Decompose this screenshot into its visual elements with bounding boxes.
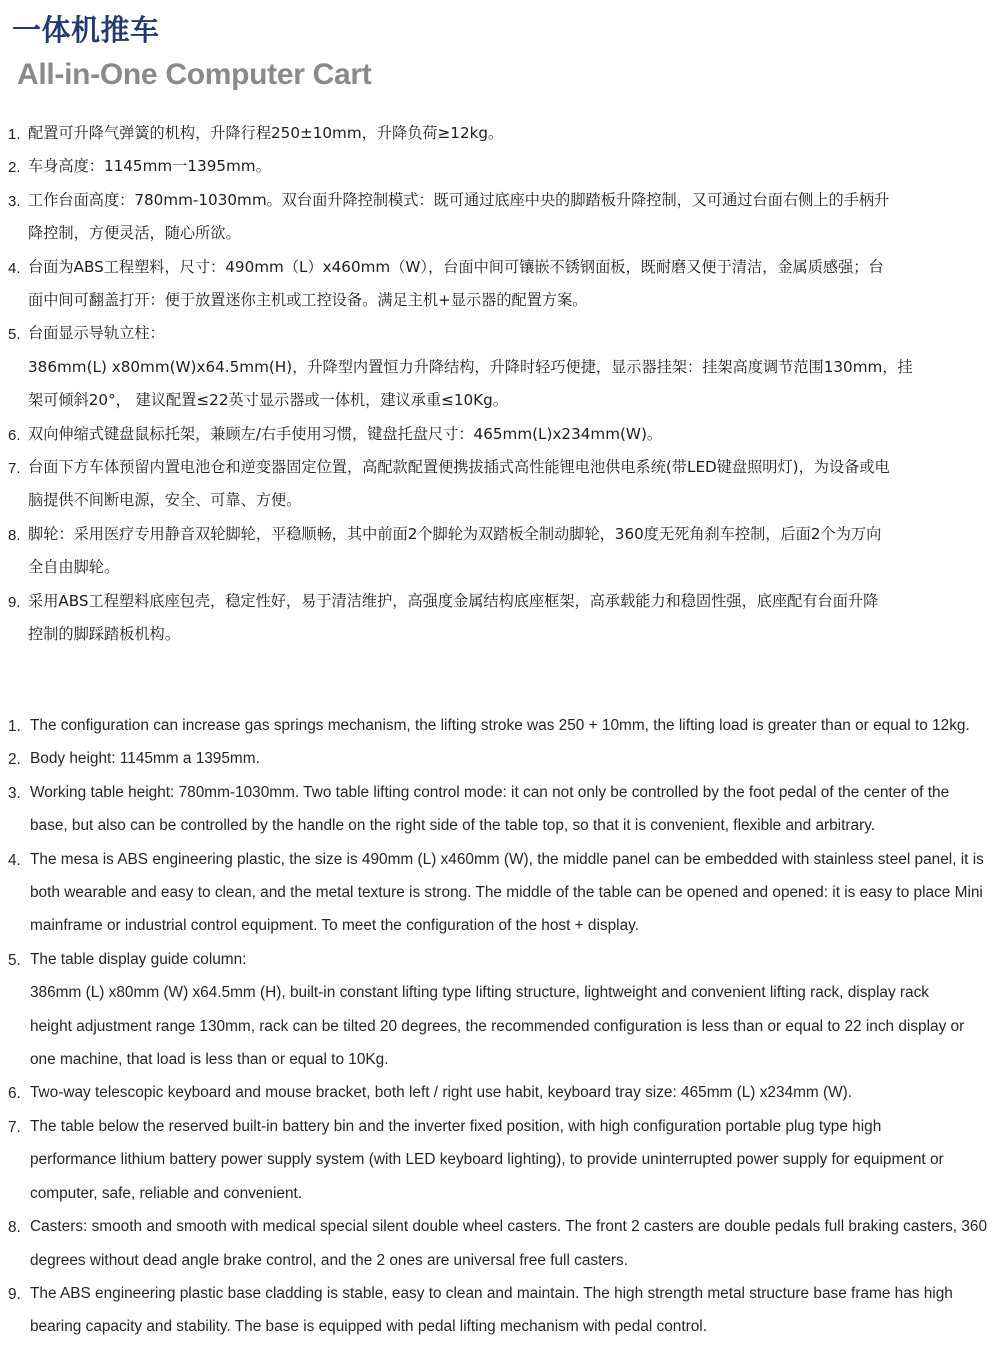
- feature-item-en-6: 6. Two-way telescopic keyboard and mouse…: [0, 1076, 992, 1109]
- item-number: 8.: [8, 519, 21, 552]
- feature-item-en-7: 7. The table below the reserved built-in…: [0, 1110, 992, 1210]
- item-number: 4.: [8, 844, 21, 877]
- page-title: 一体机推车: [12, 12, 160, 48]
- item-text: 台面下方车体预留内置电池仓和逆变器固定位置，高配款配置便携拔插式高性能锂电池供电…: [28, 451, 985, 484]
- item-text: The ABS engineering plastic base claddin…: [30, 1277, 992, 1310]
- feature-item-en-5: 5. The table display guide column: 386mm…: [0, 943, 992, 1077]
- item-number: 7.: [8, 452, 21, 485]
- item-text: Casters: smooth and smooth with medical …: [30, 1210, 992, 1243]
- feature-item-zh-4: 4. 台面为ABS工程塑料，尺寸：490mm（L）x460mm（W），台面中间可…: [0, 251, 985, 318]
- item-text: 台面为ABS工程塑料，尺寸：490mm（L）x460mm（W），台面中间可镶嵌不…: [28, 251, 985, 284]
- item-text: 采用ABS工程塑料底座包壳，稳定性好，易于清洁维护，高强度金属结构底座框架，高承…: [28, 585, 985, 618]
- item-text: Body height: 1145mm a 1395mm.: [30, 742, 992, 775]
- item-number: 8.: [8, 1211, 21, 1244]
- item-number: 6.: [8, 1077, 21, 1110]
- feature-item-en-8: 8. Casters: smooth and smooth with medic…: [0, 1210, 992, 1277]
- item-text: 架可倾斜20°， 建议配置≤22英寸显示器或一体机，建议承重≤10Kg。: [28, 384, 985, 417]
- item-text: Working table height: 780mm-1030mm. Two …: [30, 776, 992, 809]
- item-text: 工作台面高度：780mm-1030mm。双台面升降控制模式：既可通过底座中央的脚…: [28, 184, 985, 217]
- item-text: base, but also can be controlled by the …: [30, 809, 992, 842]
- item-text: 车身高度：1145mm一1395mm。: [28, 150, 985, 183]
- feature-item-en-9: 9. The ABS engineering plastic base clad…: [0, 1277, 992, 1344]
- feature-item-zh-9: 9. 采用ABS工程塑料底座包壳，稳定性好，易于清洁维护，高强度金属结构底座框架…: [0, 585, 985, 652]
- item-text: 双向伸缩式键盘鼠标托架，兼顾左/右手使用习惯，键盘托盘尺寸：465mm(L)x2…: [28, 418, 985, 451]
- feature-item-zh-8: 8. 脚轮：采用医疗专用静音双轮脚轮，平稳顺畅，其中前面2个脚轮为双踏板全制动脚…: [0, 518, 985, 585]
- feature-item-zh-3: 3. 工作台面高度：780mm-1030mm。双台面升降控制模式：既可通过底座中…: [0, 184, 985, 251]
- feature-item-zh-2: 2. 车身高度：1145mm一1395mm。: [0, 150, 985, 183]
- item-number: 2.: [8, 743, 21, 776]
- feature-list-chinese: 1. 配置可升降气弹簧的机构，升降行程250±10mm，升降负荷≥12kg。 2…: [0, 117, 985, 652]
- item-text: The mesa is ABS engineering plastic, the…: [30, 843, 992, 876]
- item-text: one machine, that load is less than or e…: [30, 1043, 992, 1076]
- item-number: 5.: [8, 318, 21, 351]
- item-number: 9.: [8, 1278, 21, 1311]
- item-text: height adjustment range 130mm, rack can …: [30, 1010, 992, 1043]
- item-text: The table display guide column:: [30, 943, 992, 976]
- item-text: bearing capacity and stability. The base…: [30, 1310, 992, 1343]
- item-text: 控制的脚踩踏板机构。: [28, 618, 985, 651]
- feature-item-zh-1: 1. 配置可升降气弹簧的机构，升降行程250±10mm，升降负荷≥12kg。: [0, 117, 985, 150]
- item-text: degrees without dead angle brake control…: [30, 1244, 992, 1277]
- item-text: The configuration can increase gas sprin…: [30, 709, 992, 742]
- feature-item-zh-5: 5. 台面显示导轨立柱： 386mm(L) x80mm(W)x64.5mm(H)…: [0, 317, 985, 417]
- item-text: 全自由脚轮。: [28, 551, 985, 584]
- item-number: 4.: [8, 252, 21, 285]
- item-number: 1.: [8, 710, 21, 743]
- item-text: The table below the reserved built-in ba…: [30, 1110, 992, 1143]
- feature-list-english: 1. The configuration can increase gas sp…: [0, 709, 992, 1344]
- item-text: 配置可升降气弹簧的机构，升降行程250±10mm，升降负荷≥12kg。: [28, 117, 985, 150]
- item-number: 3.: [8, 777, 21, 810]
- item-number: 9.: [8, 586, 21, 619]
- item-number: 3.: [8, 185, 21, 218]
- item-text: 降控制，方便灵活，随心所欲。: [28, 217, 985, 250]
- feature-item-en-1: 1. The configuration can increase gas sp…: [0, 709, 992, 742]
- item-number: 5.: [8, 944, 21, 977]
- item-text: 脚轮：采用医疗专用静音双轮脚轮，平稳顺畅，其中前面2个脚轮为双踏板全制动脚轮，3…: [28, 518, 985, 551]
- item-text: 台面显示导轨立柱：: [28, 317, 985, 350]
- item-number: 7.: [8, 1111, 21, 1144]
- item-text: 386mm (L) x80mm (W) x64.5mm (H), built-i…: [30, 976, 992, 1009]
- item-text: 脑提供不间断电源，安全、可靠、方便。: [28, 484, 985, 517]
- item-text: computer, safe, reliable and convenient.: [30, 1177, 992, 1210]
- feature-item-en-3: 3. Working table height: 780mm-1030mm. T…: [0, 776, 992, 843]
- feature-item-zh-6: 6. 双向伸缩式键盘鼠标托架，兼顾左/右手使用习惯，键盘托盘尺寸：465mm(L…: [0, 418, 985, 451]
- item-text: Two-way telescopic keyboard and mouse br…: [30, 1076, 992, 1109]
- feature-item-en-2: 2. Body height: 1145mm a 1395mm.: [0, 742, 992, 775]
- item-number: 6.: [8, 419, 21, 452]
- page-subtitle: All-in-One Computer Cart: [17, 55, 371, 95]
- item-number: 1.: [8, 118, 21, 151]
- item-text: mainframe or industrial control equipmen…: [30, 909, 992, 942]
- item-text: 面中间可翻盖打开：便于放置迷你主机或工控设备。满足主机+显示器的配置方案。: [28, 284, 985, 317]
- feature-item-zh-7: 7. 台面下方车体预留内置电池仓和逆变器固定位置，高配款配置便携拔插式高性能锂电…: [0, 451, 985, 518]
- item-number: 2.: [8, 151, 21, 184]
- item-text: 386mm(L) x80mm(W)x64.5mm(H)，升降型内置恒力升降结构，…: [28, 351, 985, 384]
- feature-item-en-4: 4. The mesa is ABS engineering plastic, …: [0, 843, 992, 943]
- item-text: both wearable and easy to clean, and the…: [30, 876, 992, 909]
- item-text: performance lithium battery power supply…: [30, 1143, 992, 1176]
